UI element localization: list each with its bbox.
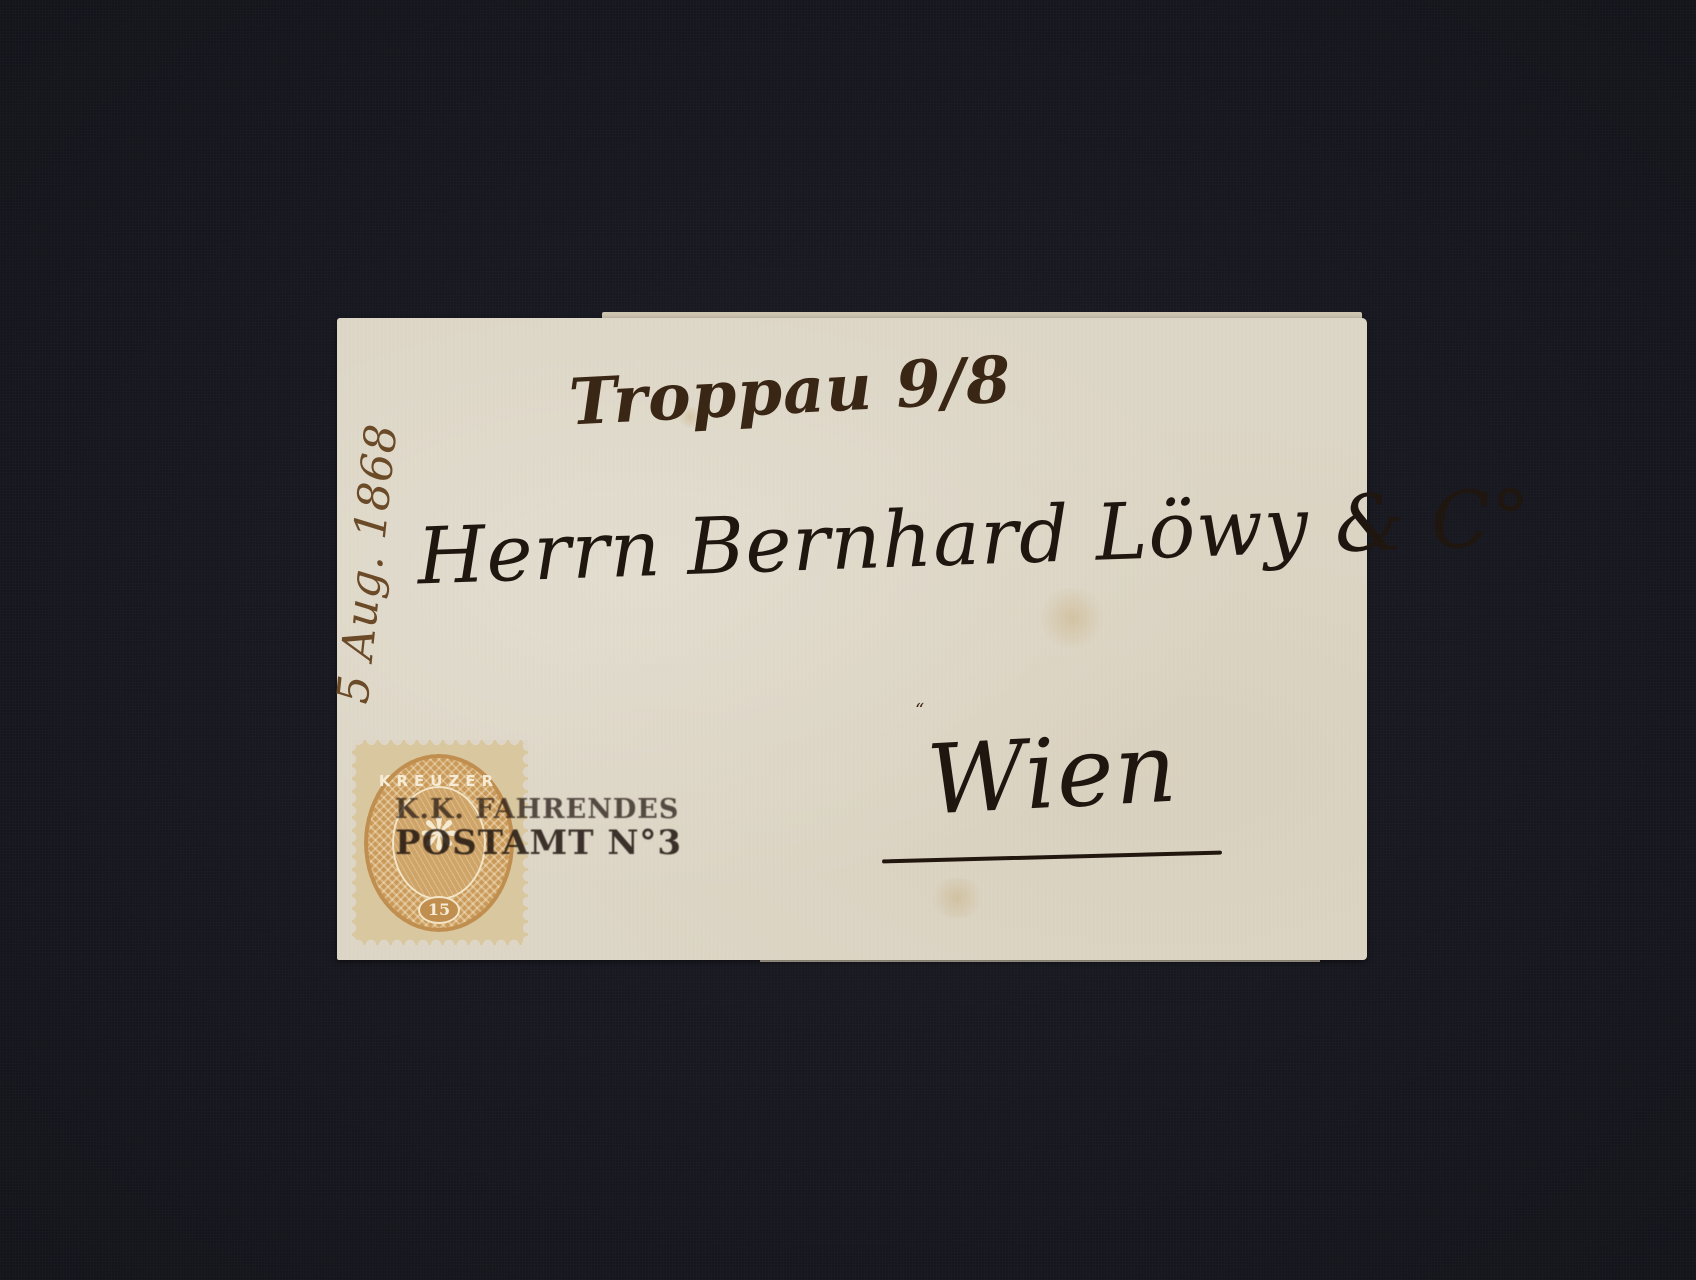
foxing-stain (927, 878, 987, 918)
postmark-cancel: K.K. FAHRENDES POSTAMT N°3 (395, 796, 682, 862)
photo-scene: Troppau 9/8 5 Aug. 1868 Herrn Bernhard L… (0, 0, 1696, 1280)
sender-note: Troppau 9/8 (567, 342, 1013, 440)
foxing-stain (1037, 588, 1107, 648)
stamp-denomination: 15 (418, 896, 460, 924)
addressee-line: Herrn Bernhard Löwy & C° (416, 474, 1533, 603)
ditto-mark: “ (915, 700, 924, 721)
destination-city: Wien (924, 712, 1180, 837)
postal-cover: Troppau 9/8 5 Aug. 1868 Herrn Bernhard L… (337, 318, 1367, 960)
postmark-line-2: POSTAMT N°3 (395, 826, 682, 862)
city-underline (882, 851, 1222, 864)
postmark-line-1: K.K. FAHRENDES (395, 796, 682, 824)
date-note: 5 Aug. 1868 (328, 421, 408, 706)
